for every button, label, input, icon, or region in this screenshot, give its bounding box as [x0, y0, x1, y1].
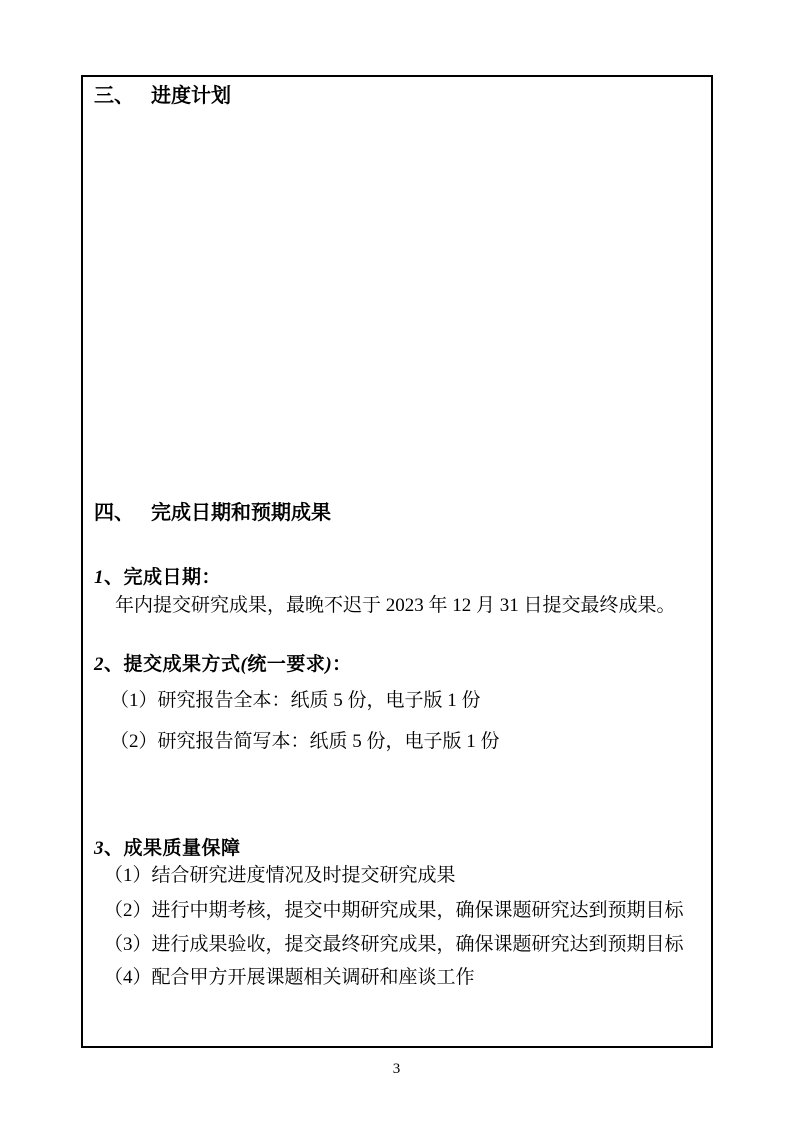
submission-method-title: 2、提交成果方式(统一要求)：: [94, 654, 352, 677]
quality-item-4: （4）配合甲方开展课题相关调研和座谈工作: [104, 966, 475, 990]
section4-heading: 四、完成日期和预期成果: [94, 501, 331, 525]
completion-date-body: 年内提交研究成果，最晚不迟于 2023 年 12 月 31 日提交最终成果。: [115, 594, 676, 618]
completion-date-title: 1、完成日期：: [94, 567, 221, 590]
quality-assurance-title: 3、成果质量保障: [94, 838, 241, 861]
quality-item-2: （2）进行中期考核，提交中期研究成果，确保课题研究达到预期目标: [104, 899, 684, 923]
section4-heading-number: 四、: [94, 502, 134, 524]
section3-heading-number: 三、: [94, 85, 134, 107]
section3-heading: 三、进度计划: [94, 84, 231, 108]
section4-heading-title: 完成日期和预期成果: [151, 502, 331, 524]
quality-item-1: （1）结合研究进度情况及时提交研究成果: [104, 864, 456, 888]
quality-item-3: （3）进行成果验收，提交最终研究成果，确保课题研究达到预期目标: [104, 933, 684, 957]
document-page: 三、进度计划 四、完成日期和预期成果 1、完成日期： 年内提交研究成果，最晚不迟…: [0, 0, 793, 1122]
page-number: 3: [0, 1060, 793, 1078]
section3-heading-title: 进度计划: [151, 85, 231, 107]
plan-table: 三、进度计划 四、完成日期和预期成果 1、完成日期： 年内提交研究成果，最晚不迟…: [81, 75, 713, 1048]
submission-item-1: （1）研究报告全本：纸质 5 份，电子版 1 份: [110, 689, 481, 713]
submission-item-2: （2）研究报告简写本：纸质 5 份，电子版 1 份: [110, 730, 500, 754]
